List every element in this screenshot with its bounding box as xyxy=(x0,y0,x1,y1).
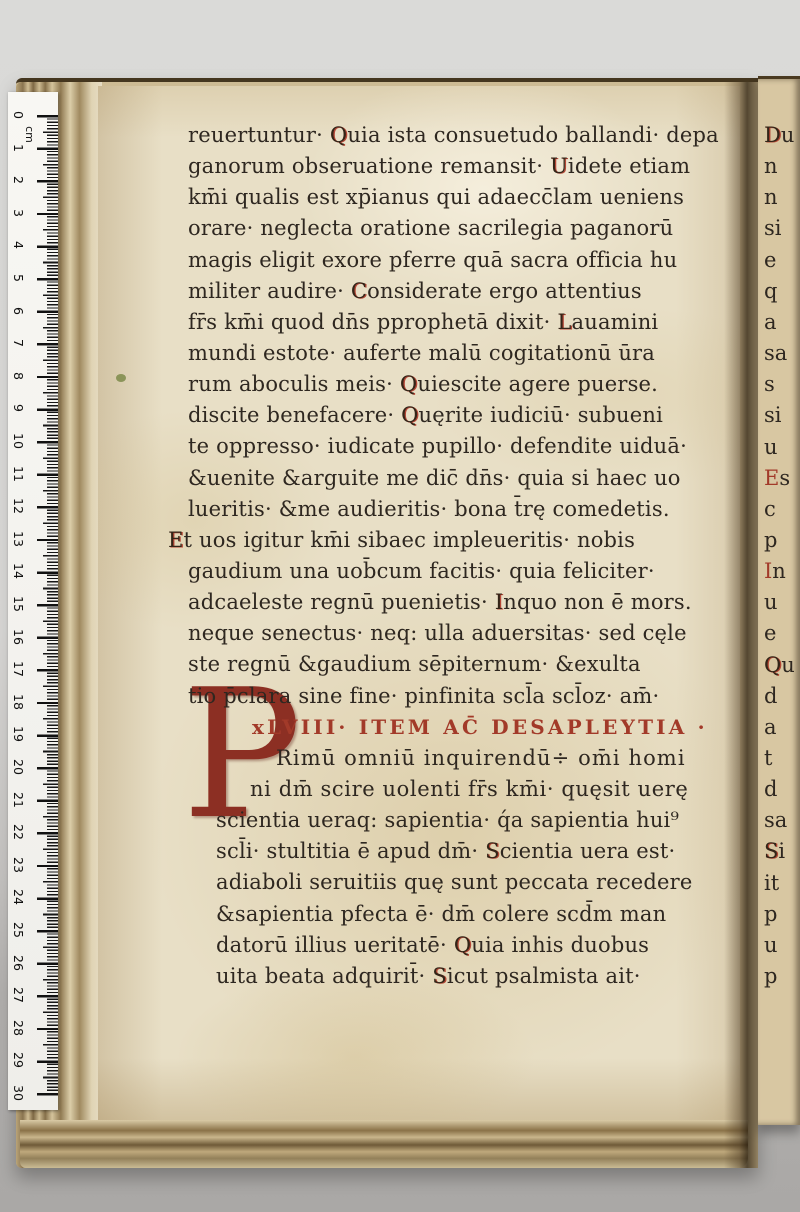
ink-text: onsiderate ergo attentius xyxy=(367,279,642,303)
facing-page-text-fragment: u xyxy=(764,435,778,459)
ink-text: &sapientia pfecta ē· dm̄ colere scd̄m ma… xyxy=(216,902,666,926)
ink-text: orare· neglecta oratione sacrilegia paga… xyxy=(188,216,673,240)
ink-text: tio p̄clara sine fine· pinfinita scl̄a s… xyxy=(188,684,659,708)
facing-page-text-fragment: In xyxy=(764,559,786,583)
red-touched-capital: S xyxy=(764,839,778,863)
ruler-number: 5 xyxy=(10,269,28,287)
facing-page-text-fragment: p xyxy=(764,902,777,926)
ink-text: scientia ueraq: sapientia· q́a sapientia… xyxy=(216,808,679,832)
ruler-number: 17 xyxy=(10,660,28,678)
facing-page-text-fragment: sa xyxy=(764,341,787,365)
manuscript-line: scientia ueraq: sapientia· q́a sapientia… xyxy=(216,805,744,836)
ruler-number: 30 xyxy=(10,1084,28,1102)
red-touched-capital: Q xyxy=(764,653,781,677)
ruler-number: 29 xyxy=(10,1051,28,1069)
facing-page-text-fragment: Si xyxy=(764,839,785,863)
facing-page-text-fragment: p xyxy=(764,528,777,552)
ruler-number: 13 xyxy=(10,530,28,548)
ruler-number: 2 xyxy=(10,171,28,189)
rubric-text: xLVIII· ITEM AC̄ DESAPLEYTIA · xyxy=(252,715,708,739)
ruler-number: 9 xyxy=(10,399,28,417)
ruler-number: 4 xyxy=(10,236,28,254)
ink-text: adiaboli seruitiis quę sunt peccata rece… xyxy=(216,870,693,894)
ink-text: uita beata adquirit̄· xyxy=(216,964,432,988)
facing-page-text-fragment: d xyxy=(764,684,777,708)
ruler-number: 26 xyxy=(10,954,28,972)
manuscript-line: adcaeleste regnū puenietis· Inquo non ē … xyxy=(188,587,744,618)
red-touched-capital: Q xyxy=(401,403,418,427)
facing-page-text-fragment: e xyxy=(764,248,776,272)
ink-text: scl̄i· stultitia ē apud dm̄· xyxy=(216,839,485,863)
manuscript-line: rum aboculis meis· Quiescite agere puers… xyxy=(188,369,744,400)
ink-text: lueritis· &me audieritis· bona t̄rę come… xyxy=(188,497,670,521)
red-touched-capital: C xyxy=(351,279,367,303)
facing-page-text-fragment: a xyxy=(764,310,777,334)
ink-text: ni dm̄ scire uolenti fr̄s km̄i· quęsit u… xyxy=(250,777,688,801)
manuscript-line: magis eligit exore pferre quā sacra offi… xyxy=(188,245,744,276)
facing-page-text-fragment: s xyxy=(764,372,775,396)
facing-page-text-fragment: Es xyxy=(764,466,790,490)
facing-page-text-fragment: Du xyxy=(764,123,794,147)
ink-text: fr̄s km̄i quod dn̄s pprophetā dixit· xyxy=(188,310,557,334)
page-edges-bottom xyxy=(20,1120,748,1168)
facing-page-text-fragment: c xyxy=(764,497,776,521)
red-touched-capital: Q xyxy=(400,372,417,396)
ruler-number: 24 xyxy=(10,888,28,906)
red-touched-capital: D xyxy=(764,123,781,147)
ruler-number: 18 xyxy=(10,693,28,711)
ink-text: &uenite &arguite me dic̄ dn̄s· quia si h… xyxy=(188,466,681,490)
ink-text: icut psalmista ait· xyxy=(447,964,641,988)
ruler: cm 0123456789101112131415161718192021222… xyxy=(8,92,58,1110)
red-touched-capital: Q xyxy=(454,933,471,957)
ruler-cm-ticks xyxy=(37,115,58,1096)
ruler-number: 15 xyxy=(10,595,28,613)
facing-page-text-fragment: u xyxy=(764,933,778,957)
rubric-line: xLVIII· ITEM AC̄ DESAPLEYTIA · xyxy=(252,712,744,743)
manuscript-line: ganorum obseruatione remansit· Uidete et… xyxy=(188,151,744,182)
facing-page-text-fragment: Qu xyxy=(764,653,795,677)
manuscript-line: datorū illius ueritatē· Quia inhis duobu… xyxy=(216,930,744,961)
manuscript-line: adiaboli seruitiis quę sunt peccata rece… xyxy=(216,867,744,898)
facing-page-text-fragment: sa xyxy=(764,808,787,832)
manuscript-line: te oppresso· iudicate pupillo· defendite… xyxy=(188,431,744,462)
ink-text: mundi estote· auferte malū cogitationū ū… xyxy=(188,341,655,365)
facing-page-text-fragment: t xyxy=(764,746,772,770)
manuscript-line: Et uos igitur km̄i sibaec impleueritis· … xyxy=(168,525,744,556)
facing-page-text-fragment: e xyxy=(764,621,776,645)
red-touched-capital: I xyxy=(764,559,772,583)
ink-text: ganorum obseruatione remansit· xyxy=(188,154,550,178)
manuscript-line: ste regnū &gaudium sēpiternum· &exulta xyxy=(188,649,744,680)
ink-text: km̄i qualis est xp̄ianus qui adaecc̄lam … xyxy=(188,185,684,209)
manuscript-line: &sapientia pfecta ē· dm̄ colere scd̄m ma… xyxy=(216,899,744,930)
manuscript-line: orare· neglecta oratione sacrilegia paga… xyxy=(188,213,744,244)
parchment-stain xyxy=(116,374,126,382)
red-touched-capital: E xyxy=(168,528,184,552)
facing-page-text-fragment: q xyxy=(764,279,777,303)
manuscript-line: gaudium una uob̄cum facitis· quia felici… xyxy=(188,556,744,587)
ruler-number: 16 xyxy=(10,628,28,646)
ruler-number: 0 xyxy=(10,106,28,124)
manuscript-line: ni dm̄ scire uolenti fr̄s km̄i· quęsit u… xyxy=(250,774,744,805)
ruler-number: 20 xyxy=(10,758,28,776)
ruler-number: 11 xyxy=(10,465,28,483)
facing-page-text-fragment: p xyxy=(764,964,777,988)
ink-text: Rimū omniū inquirendū÷ om̄i homi xyxy=(276,746,686,770)
facing-page-text-fragment: a xyxy=(764,715,777,739)
red-touched-capital: Q xyxy=(330,123,347,147)
red-touched-capital: I xyxy=(495,590,504,614)
manuscript-photo-scene: DunnsieqasassiuEscpInueQudatdsaSiitpup c… xyxy=(0,0,800,1212)
manuscript-line: &uenite &arguite me dic̄ dn̄s· quia si h… xyxy=(188,463,744,494)
ink-text: neque senectus· neq: ulla aduersitas· se… xyxy=(188,621,687,645)
ruler-number: 25 xyxy=(10,921,28,939)
ink-text: t uos igitur km̄i sibaec impleueritis· n… xyxy=(184,528,636,552)
manuscript-line: neque senectus· neq: ulla aduersitas· se… xyxy=(188,618,744,649)
manuscript-line: scl̄i· stultitia ē apud dm̄· Scientia ue… xyxy=(216,836,744,867)
ink-text: nquo non ē mors. xyxy=(503,590,692,614)
ink-text: uia inhis duobus xyxy=(471,933,649,957)
manuscript-line: tio p̄clara sine fine· pinfinita scl̄a s… xyxy=(188,681,744,712)
ink-text: rum aboculis meis· xyxy=(188,372,400,396)
ruler-number: 12 xyxy=(10,497,28,515)
ink-text: uia ista consuetudo ballandi· depa xyxy=(347,123,719,147)
ruler-number: 1 xyxy=(10,139,28,157)
ink-text: adcaeleste regnū puenietis· xyxy=(188,590,495,614)
facing-page-text-fragment: si xyxy=(764,403,782,427)
manuscript-line: uita beata adquirit̄· Sicut psalmista ai… xyxy=(216,961,744,992)
red-touched-capital: S xyxy=(485,839,500,863)
ruler-number: 14 xyxy=(10,562,28,580)
manuscript-line: lueritis· &me audieritis· bona t̄rę come… xyxy=(188,494,744,525)
ink-text: gaudium una uob̄cum facitis· quia felici… xyxy=(188,559,655,583)
red-touched-capital: E xyxy=(764,466,779,490)
ruler-number: 7 xyxy=(10,334,28,352)
facing-page-text-fragment: n xyxy=(764,154,778,178)
manuscript-line: discite benefacere· Quęrite iudiciū· sub… xyxy=(188,400,744,431)
ink-text: te oppresso· iudicate pupillo· defendite… xyxy=(188,434,687,458)
red-touched-capital: U xyxy=(550,154,568,178)
ink-text: uiescite agere puerse. xyxy=(417,372,658,396)
facing-page-text-fragment: n xyxy=(764,185,778,209)
manuscript-line: Rimū omniū inquirendū÷ om̄i homi xyxy=(276,743,744,774)
manuscript-line: km̄i qualis est xp̄ianus qui adaecc̄lam … xyxy=(188,182,744,213)
manuscript-line: mundi estote· auferte malū cogitationū ū… xyxy=(188,338,744,369)
ink-text: ste regnū &gaudium sēpiternum· &exulta xyxy=(188,652,641,676)
ruler-number: 19 xyxy=(10,725,28,743)
red-touched-capital: L xyxy=(557,310,571,334)
facing-page-text-fragment: d xyxy=(764,777,777,801)
ink-text: cientia uera est· xyxy=(500,839,676,863)
facing-page-text-fragment: si xyxy=(764,216,782,240)
ruler-number: 28 xyxy=(10,1019,28,1037)
ink-text: discite benefacere· xyxy=(188,403,401,427)
facing-page-text-fragment: it xyxy=(764,871,779,895)
ruler-number: 8 xyxy=(10,367,28,385)
red-touched-capital: S xyxy=(432,964,447,988)
ink-text: datorū illius ueritatē· xyxy=(216,933,454,957)
ruler-number: 27 xyxy=(10,986,28,1004)
facing-page-sliver: DunnsieqasassiuEscpInueQudatdsaSiitpup xyxy=(758,76,800,1125)
ruler-number: 22 xyxy=(10,823,28,841)
ruler-number: 10 xyxy=(10,432,28,450)
ruler-number: 21 xyxy=(10,791,28,809)
manuscript-line: reuertuntur· Quia ista consuetudo ballan… xyxy=(188,120,744,151)
ink-text: idete etiam xyxy=(568,154,690,178)
ink-text: auamini xyxy=(572,310,659,334)
ink-text: uęrite iudiciū· subueni xyxy=(419,403,664,427)
manuscript-line: militer audire· Considerate ergo attenti… xyxy=(188,276,744,307)
ink-text: magis eligit exore pferre quā sacra offi… xyxy=(188,248,677,272)
ink-text: militer audire· xyxy=(188,279,351,303)
ruler-number: 23 xyxy=(10,856,28,874)
manuscript-text-block: reuertuntur· Quia ista consuetudo ballan… xyxy=(188,120,744,992)
ruler-number: 6 xyxy=(10,302,28,320)
ink-text: reuertuntur· xyxy=(188,123,330,147)
ruler-number: 3 xyxy=(10,204,28,222)
manuscript-line: fr̄s km̄i quod dn̄s pprophetā dixit· Lau… xyxy=(188,307,744,338)
facing-page-text-fragment: u xyxy=(764,590,778,614)
